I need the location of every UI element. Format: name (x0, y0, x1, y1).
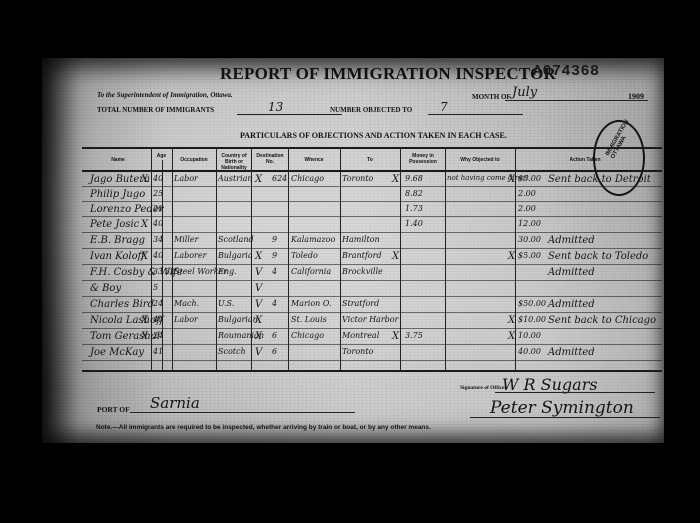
cell-whence: Chicago (291, 174, 324, 183)
cell-obj: V (255, 299, 262, 310)
cell-mark: X (141, 331, 148, 342)
port-label: PORT OF (97, 405, 130, 414)
cell-action: Admitted (548, 299, 595, 310)
cell-fee: $10.00 (518, 315, 546, 324)
col-header-action-taken: Action Taken (530, 157, 640, 163)
cell-fee: $5.00 (518, 251, 541, 260)
cell-to: Toronto (342, 174, 373, 183)
cell-to: Stratford (342, 299, 379, 308)
col-header-money: Money in Possession (401, 153, 445, 165)
cell-name: E.B. Bragg (90, 235, 145, 246)
cell-whence: California (291, 267, 331, 276)
total-immigrants-label: TOTAL NUMBER OF IMMIGRANTS (97, 106, 214, 114)
cell-fee: 12.00 (518, 219, 541, 228)
cell-mark: X (141, 174, 148, 185)
cell-nationality: Bulgarian (218, 315, 258, 324)
cell-fee: 10.00 (518, 331, 541, 340)
cell-age: 33 (153, 267, 163, 276)
objected-value: 7 (440, 100, 448, 114)
cell-action: Admitted (548, 267, 595, 278)
col-header-age: Age (151, 153, 172, 159)
cell-obj: X (255, 251, 262, 262)
cell-name: Tom Gerashal (90, 331, 160, 342)
row-rule (82, 248, 662, 249)
month-line (505, 100, 648, 101)
col-header-why-objected: Why Objected to (446, 157, 514, 163)
row-rule (82, 216, 662, 217)
cell-action: Admitted (548, 347, 595, 358)
cell-obj: X (255, 331, 262, 342)
cell-to: Toronto (342, 347, 373, 356)
cell-nationality: Bulgaria (218, 251, 253, 260)
cell-whence: Marion O. (291, 299, 332, 308)
col-rule (172, 148, 173, 370)
col-rule (340, 148, 341, 370)
cell-action: Sent back to Chicago (548, 315, 656, 326)
cell-name: Joe McKay (90, 347, 144, 358)
cell-mark3: X (508, 174, 515, 185)
cell-age: 25 (153, 189, 163, 198)
col-rule (216, 148, 217, 370)
signature-line-1 (495, 392, 655, 393)
cell-mark2: X (392, 251, 399, 262)
cell-mark2: X (392, 331, 399, 342)
table-header-rule (82, 170, 662, 172)
cell-obj: V (255, 267, 262, 278)
col-rule (288, 148, 289, 370)
cell-code: 4 (272, 267, 277, 276)
cell-mark: X (141, 219, 148, 230)
row-rule (82, 201, 662, 202)
cell-mark3: X (508, 251, 515, 262)
cell-mark3: X (508, 315, 515, 326)
cell-occupation: Labor (174, 174, 198, 183)
cell-action: Sent back to Toledo (548, 251, 648, 262)
cell-age: 34 (153, 235, 163, 244)
cell-obj: X (255, 174, 262, 185)
cell-obj: V (255, 347, 262, 358)
cell-mark2: X (392, 174, 399, 185)
row-rule (82, 232, 662, 233)
cell-name: Ivan Koloff (90, 251, 145, 262)
table-bottom-rule (82, 370, 662, 372)
cell-occupation: Miller (174, 235, 198, 244)
objected-label: NUMBER OBJECTED TO (330, 106, 412, 114)
cell-nationality: Austrian (218, 174, 253, 183)
cell-code: 624 (272, 174, 287, 183)
cell-whence: Toledo (291, 251, 318, 260)
cell-fee: 2.00 (518, 204, 536, 213)
cell-to: Brantford (342, 251, 382, 260)
cell-age: 41 (153, 347, 163, 356)
col-header-whence: Whence (289, 157, 339, 163)
signature-label: Signature of Officer (460, 385, 507, 391)
row-rule (82, 312, 662, 313)
cell-code: 6 (272, 347, 277, 356)
section-heading: PARTICULARS OF OBJECTIONS AND ACTION TAK… (240, 131, 507, 140)
row-rule (82, 264, 662, 265)
cell-mark: X (141, 251, 148, 262)
cell-to: Victor Harbor (342, 315, 398, 324)
cell-age: 5 (153, 283, 158, 292)
cell-name: & Boy (90, 283, 121, 294)
objected-line (428, 114, 523, 115)
cell-reason: not having come direct (447, 174, 529, 182)
cell-age: 20 (153, 204, 163, 213)
cell-age: 24 (153, 299, 163, 308)
cell-code: 9 (272, 235, 277, 244)
cell-money: 3.75 (405, 331, 423, 340)
year-value: 1909 (628, 92, 644, 101)
cell-whence: Chicago (291, 331, 324, 340)
cell-to: Montreal (342, 331, 379, 340)
cell-code: 9 (272, 251, 277, 260)
total-line (237, 114, 342, 115)
cell-money: 8.82 (405, 189, 423, 198)
cell-age: 40 (153, 315, 163, 324)
col-header-to: To (341, 157, 399, 163)
cell-obj: V (255, 283, 262, 294)
cell-action: Sent back to Detroit (548, 174, 651, 185)
row-rule (82, 344, 662, 345)
cell-name: Pete Josic (90, 219, 139, 230)
row-rule (82, 186, 662, 187)
cell-action: Admitted (548, 235, 595, 246)
cell-occupation: Mach. (174, 299, 199, 308)
cell-whence: Kalamazoo (291, 235, 335, 244)
month-value: July (512, 85, 537, 100)
document-title: REPORT OF IMMIGRATION INSPECTOR (220, 64, 556, 84)
cell-fee: 30.00 (518, 235, 541, 244)
cell-name: Philip Jugo (90, 189, 145, 200)
signature-officer-2: Peter Symington (490, 398, 634, 418)
cell-obj: X (255, 315, 262, 326)
cell-money: 9.68 (405, 174, 423, 183)
cell-money: 1.40 (405, 219, 423, 228)
table-top-rule (82, 147, 662, 149)
cell-age: 40 (153, 174, 163, 183)
col-rule (400, 148, 401, 370)
cell-whence: St. Louis (291, 315, 327, 324)
cell-fee: $50.00 (518, 299, 546, 308)
cell-fee: 40.00 (518, 347, 541, 356)
col-header-nationality: Country of Birth or Nationality (217, 153, 251, 171)
row-rule (82, 280, 662, 281)
cell-nationality: U.S. (218, 299, 234, 308)
row-rule (82, 296, 662, 297)
col-header-occupation: Occupation (173, 157, 215, 163)
col-header-name: Name (88, 157, 148, 163)
cell-occupation: Labor (174, 315, 198, 324)
cell-name: Charles Bird (90, 299, 154, 310)
cell-fee: 2.00 (518, 189, 536, 198)
footer-note: Note.—All immigrants are required to be … (96, 424, 431, 431)
cell-age: 24 (153, 331, 163, 340)
addressee: To the Superintendent of Immigration, Ot… (97, 91, 233, 99)
cell-to: Brockville (342, 267, 383, 276)
row-rule (82, 328, 662, 329)
row-rule (82, 360, 662, 361)
col-header-destination-no: Destination No. (252, 153, 288, 165)
cell-mark: X (141, 315, 148, 326)
serial-number: A074368 (533, 63, 600, 80)
port-line (130, 412, 355, 413)
cell-age: 40 (153, 219, 163, 228)
total-immigrants-value: 13 (268, 100, 283, 114)
cell-money: 1.73 (405, 204, 423, 213)
signature-line-2 (470, 417, 660, 418)
cell-fee: $5.00 (518, 174, 541, 183)
cell-nationality: Scotland (218, 235, 254, 244)
stamp-text: IMMIGRATION OTTAWA (605, 116, 637, 160)
cell-code: 6 (272, 331, 277, 340)
cell-code: 4 (272, 299, 277, 308)
col-rule (445, 148, 446, 370)
cell-mark3: X (508, 331, 515, 342)
cell-to: Hamilton (342, 235, 380, 244)
cell-occupation: Laborer (174, 251, 206, 260)
cell-nationality: Scotch (218, 347, 246, 356)
port-value: Sarnia (150, 394, 200, 412)
cell-age: 40 (153, 251, 163, 260)
cell-nationality: Eng. (218, 267, 237, 276)
